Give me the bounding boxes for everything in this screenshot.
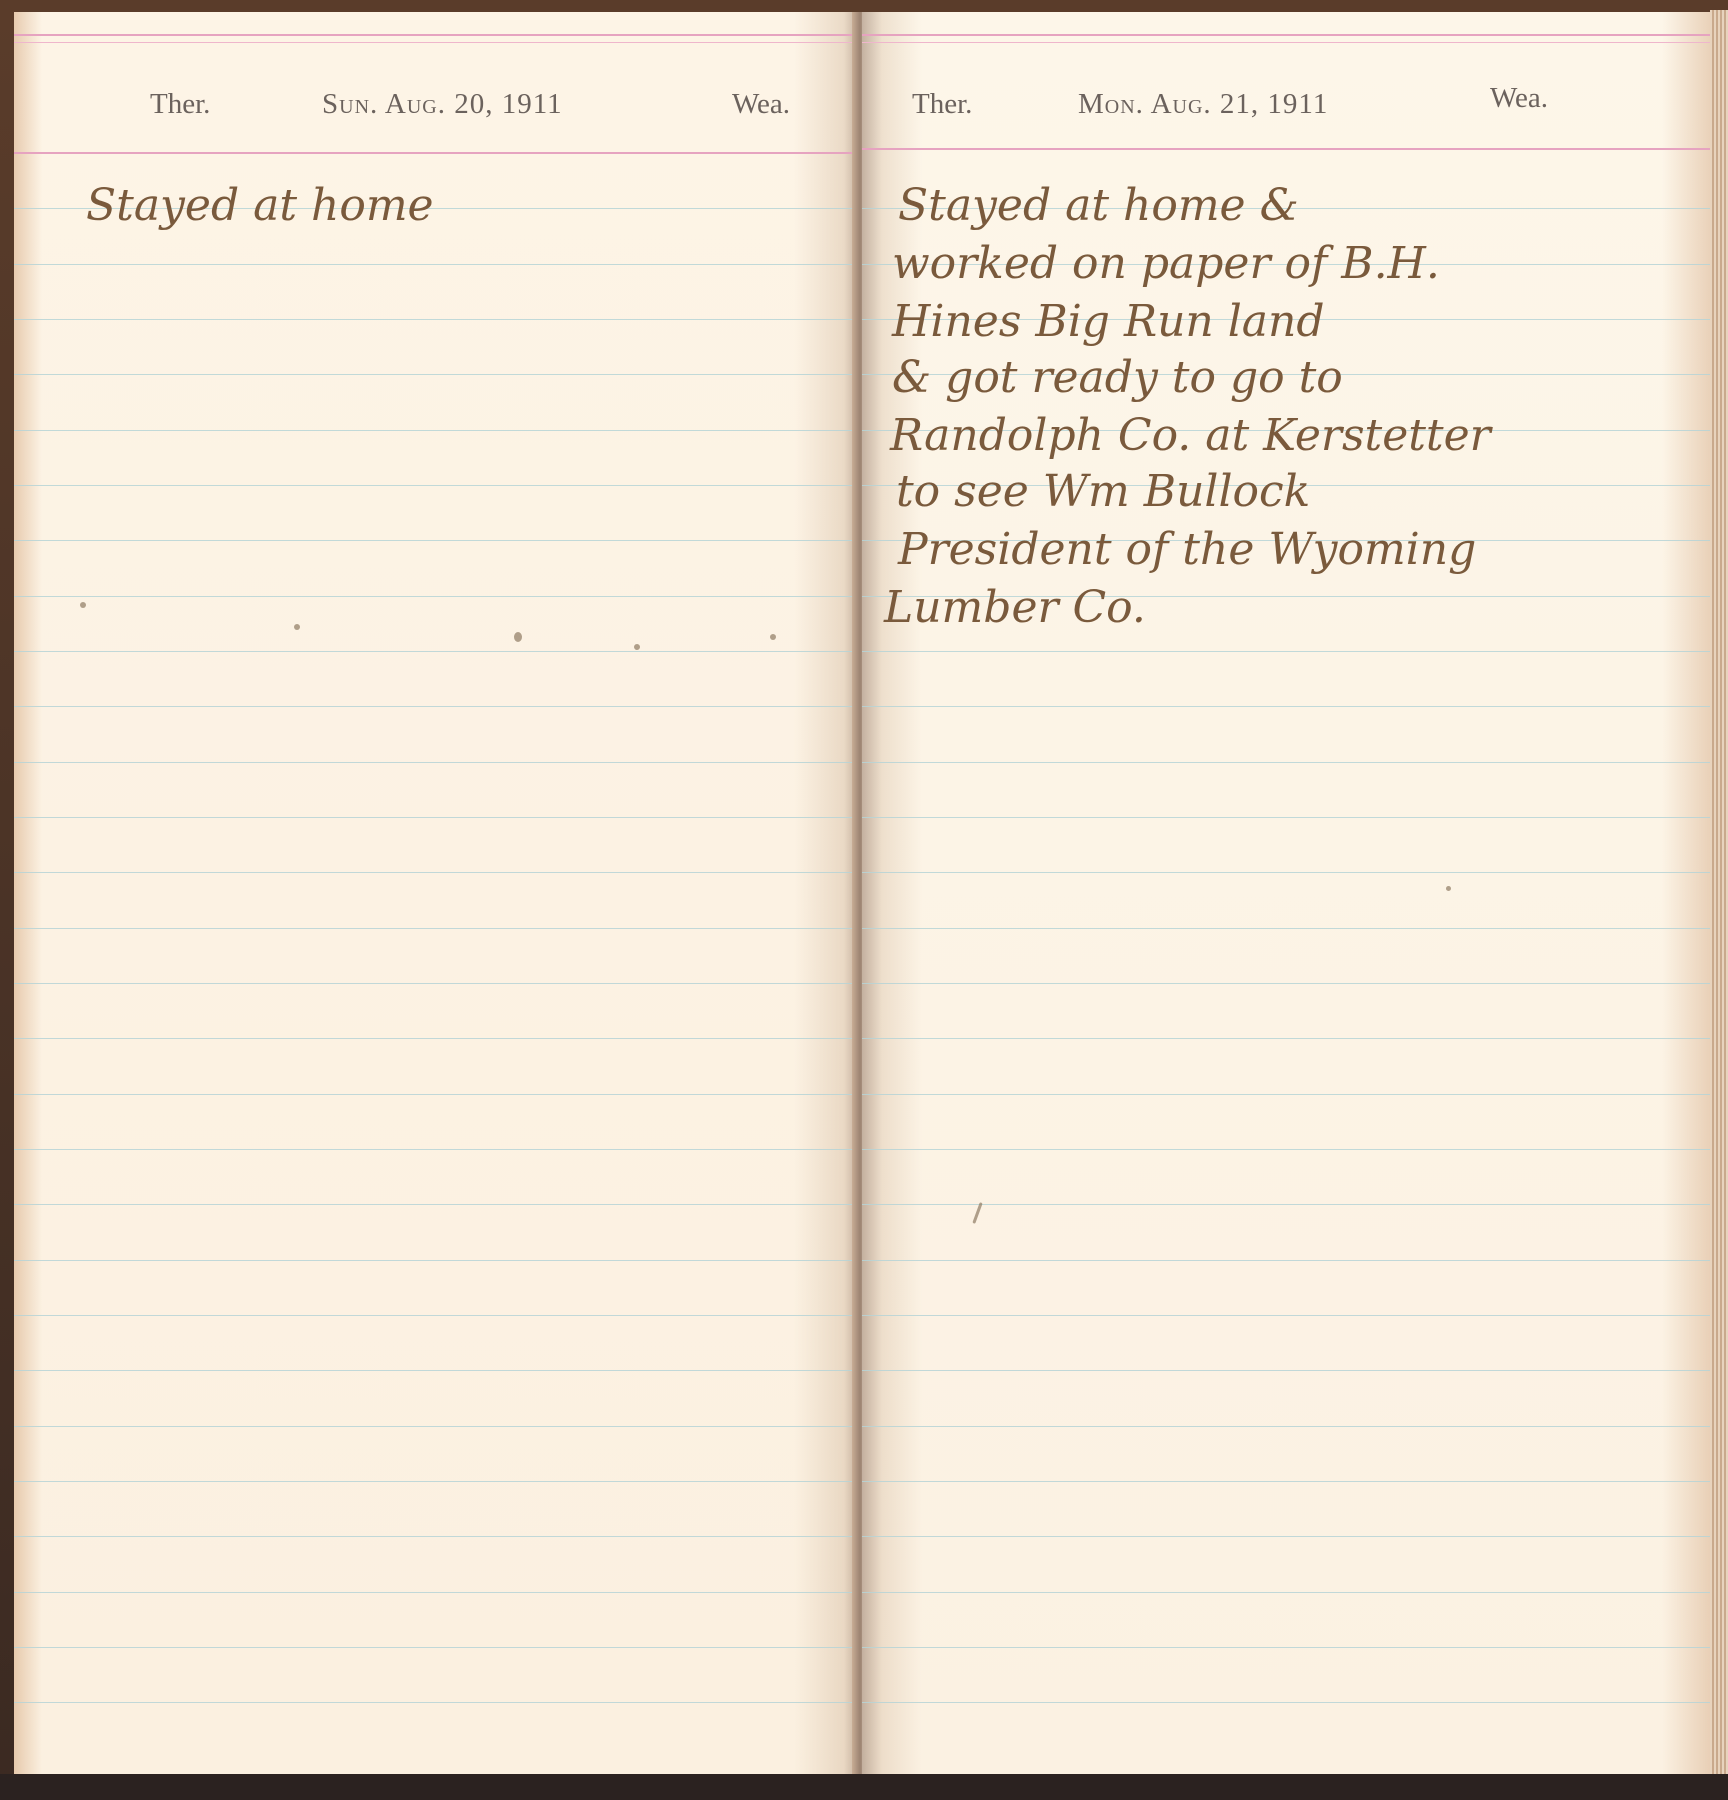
entry-line: Hines Big Run land xyxy=(892,296,1325,347)
left-page-header: Ther. Sun. Aug. 20, 1911 Wea. xyxy=(14,88,860,138)
page-edges xyxy=(1710,10,1728,1780)
ink-spot xyxy=(634,644,640,650)
page-date: Sun. Aug. 20, 1911 xyxy=(322,88,563,121)
header-rule-bottom xyxy=(14,152,860,154)
book-cover-edge xyxy=(0,1774,1728,1800)
entry-line: President of the Wyoming xyxy=(898,524,1476,575)
right-page: Ther. Mon. Aug. 21, 1911 Wea. xyxy=(862,12,1714,1774)
ther-label: Ther. xyxy=(912,88,972,121)
entry-line: to see Wm Bullock xyxy=(896,466,1310,517)
ink-spot xyxy=(294,624,300,630)
entry-line: Stayed at home & xyxy=(898,180,1299,231)
right-page-header: Ther. Mon. Aug. 21, 1911 Wea. xyxy=(862,88,1714,138)
entry-line: Stayed at home xyxy=(86,180,434,231)
header-rule-bottom xyxy=(862,148,1714,150)
ther-label: Ther. xyxy=(150,88,210,121)
wea-label: Wea. xyxy=(732,88,790,121)
left-page: Ther. Sun. Aug. 20, 1911 Wea. xyxy=(14,12,860,1774)
header-rule-top-2 xyxy=(862,42,1714,43)
ink-spot xyxy=(514,632,522,642)
entry-line: Randolph Co. at Kerstetter xyxy=(890,410,1491,461)
entry-line: worked on paper of B.H. xyxy=(892,238,1440,289)
header-rule-top-2 xyxy=(14,42,860,43)
page-date: Mon. Aug. 21, 1911 xyxy=(1078,88,1328,121)
pen-mark xyxy=(972,1202,982,1224)
ink-spot xyxy=(1446,886,1451,891)
header-rule-top xyxy=(14,34,860,36)
ink-spot xyxy=(80,602,86,608)
entry-line: Lumber Co. xyxy=(884,582,1146,633)
header-rule-top xyxy=(862,34,1714,36)
diary-spread: Ther. Sun. Aug. 20, 1911 Wea. xyxy=(0,0,1728,1800)
entry-line: & got ready to go to xyxy=(892,352,1343,403)
ink-spot xyxy=(770,634,776,640)
wea-label: Wea. xyxy=(1490,82,1548,115)
